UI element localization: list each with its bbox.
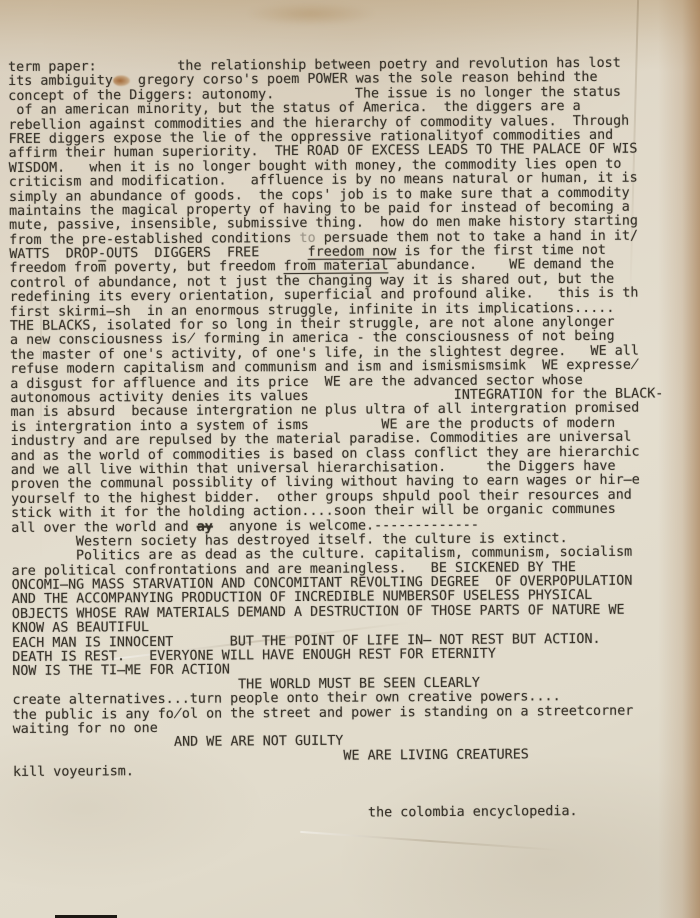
underlined-hyphen: - (98, 246, 106, 261)
faded-word: to (299, 231, 315, 246)
underlined-phrase: from material (284, 259, 389, 275)
paper-stain (246, 2, 376, 26)
ink-smudge (113, 76, 130, 87)
typewritten-text: term paper: the relationship between poe… (8, 56, 699, 823)
scanned-page: { "colors": { "paper": "#e2dccc", "ink":… (0, 0, 700, 918)
struck-out-word: ay (197, 519, 213, 534)
